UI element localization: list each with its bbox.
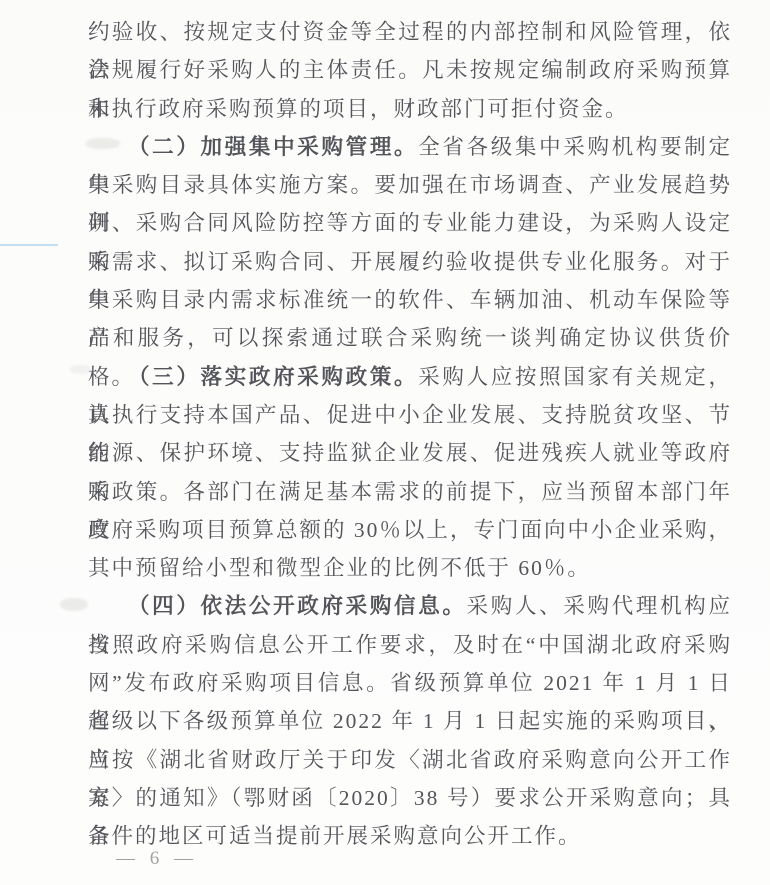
text-run: 条件的地区可适当提前开展采购意向公开工作。 (88, 824, 582, 848)
text-run: 政府采购项目预算总额的 30％以上，专门面向中小企业采购， (88, 518, 732, 542)
text-line: 省级以下各级预算单位 2022 年 1 月 1 日起实施的采购项目，应 (88, 702, 732, 740)
text-line: 政府采购项目预算总额的 30％以上，专门面向中小企业采购， (88, 511, 732, 549)
text-line: 真执行支持本国产品、促进中小企业发展、支持脱贫攻坚、节约 (88, 396, 732, 434)
text-line: 网”发布政府采购项目信息。省级预算单位 2021 年 1 月 1 日起、 (88, 664, 732, 702)
text-line: 品和服务，可以探索通过联合采购统一谈判确定协议供货价格。 (88, 319, 732, 357)
text-line: （三）落实政府采购政策。采购人应按照国家有关规定，认 (88, 358, 732, 396)
text-line: 中采购目录具体实施方案。要加强在市场调查、产业发展趋势研 (88, 166, 732, 204)
text-line: （二）加强集中采购管理。全省各级集中采购机构要制定集 (88, 128, 732, 166)
text-line: 合规履行好采购人的主体责任。凡未按规定编制政府采购预算和 (88, 51, 732, 89)
text-line: 其中预留给小型和微型企业的比例不低于 60％。 (88, 549, 732, 587)
scan-artifact-line (0, 244, 58, 246)
text-line: 按照政府采购信息公开工作要求，及时在“中国湖北政府采购 (88, 626, 732, 664)
section-heading-run: （二）加强集中采购管理。 (128, 135, 418, 159)
section-heading-run: （三）落实政府采购政策。 (128, 365, 418, 389)
text-line: 中采购目录内需求标准统一的软件、车辆加油、机动车保险等产 (88, 281, 732, 319)
text-line: 判、采购合同风险防控等方面的专业能力建设，为采购人设定采 (88, 204, 732, 242)
document-page: 约验收、按规定支付资金等全过程的内部控制和风险管理，依法合规履行好采购人的主体责… (0, 0, 770, 885)
text-line: 购政策。各部门在满足基本需求的前提下，应当预留本部门年度 (88, 473, 732, 511)
page-number: — 6 — (116, 848, 198, 870)
text-line: 当按《湖北省财政厅关于印发〈湖北省政府采购意向公开工作方 (88, 741, 732, 779)
text-line: （四）依法公开政府采购信息。采购人、采购代理机构应当 (88, 587, 732, 625)
text-run: 未执行政府采购预算的项目，财政部门可拒付资金。 (88, 97, 629, 121)
text-line: 约验收、按规定支付资金等全过程的内部控制和风险管理，依法 (88, 13, 732, 51)
document-body: 约验收、按规定支付资金等全过程的内部控制和风险管理，依法合规履行好采购人的主体责… (88, 13, 732, 856)
section-heading-run: （四）依法公开政府采购信息。 (128, 594, 467, 618)
text-run: 其中预留给小型和微型企业的比例不低于 60％。 (88, 556, 591, 580)
text-line: 未执行政府采购预算的项目，财政部门可拒付资金。 (88, 90, 732, 128)
scan-smudge (60, 598, 88, 611)
text-run: 按照政府采购信息公开工作要求，及时在“中国湖北政府采购 (88, 633, 732, 657)
text-line: 能源、保护环境、支持监狱企业发展、促进残疾人就业等政府采 (88, 434, 732, 472)
text-line: 购需求、拟订采购合同、开展履约验收提供专业化服务。对于集 (88, 243, 732, 281)
text-line: 案〉的通知》（鄂财函〔2020〕38 号）要求公开采购意向；具备 (88, 779, 732, 817)
